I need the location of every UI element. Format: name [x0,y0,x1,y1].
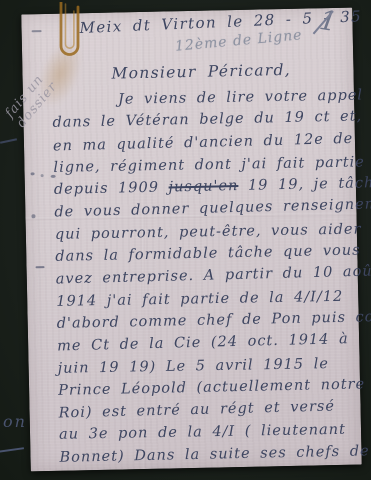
letter-body: Je viens de lire votre appeldans le Vété… [52,87,358,472]
line-segment: au 3e pon de la 4/I ( lieutenant [59,422,346,443]
edge-scribble: on [3,412,27,431]
line-segment: Je viens de lire votre appel [118,87,363,107]
ink-speck [41,174,44,177]
edge-dash [0,447,24,453]
edge-tick [0,138,17,143]
line-segment: jusqu'en [168,178,238,195]
handwritten-line: juin 19 19) Le 5 avril 1915 le [58,355,356,382]
line-segment: depuis 1909 [54,180,169,198]
handwritten-line: 1914 j'ai fait partie de la 4/I/12 [56,288,354,315]
page-number: 1 [317,5,339,38]
ink-speck [36,266,45,268]
ink-speck [32,30,42,32]
ink-speck [31,172,35,175]
salutation: Monsieur Péricard, [111,61,291,83]
ink-speck [31,214,35,218]
photograph-of-letter: Meix dt Virton le 28 - 5 - 35 1 12ème de… [0,0,371,480]
